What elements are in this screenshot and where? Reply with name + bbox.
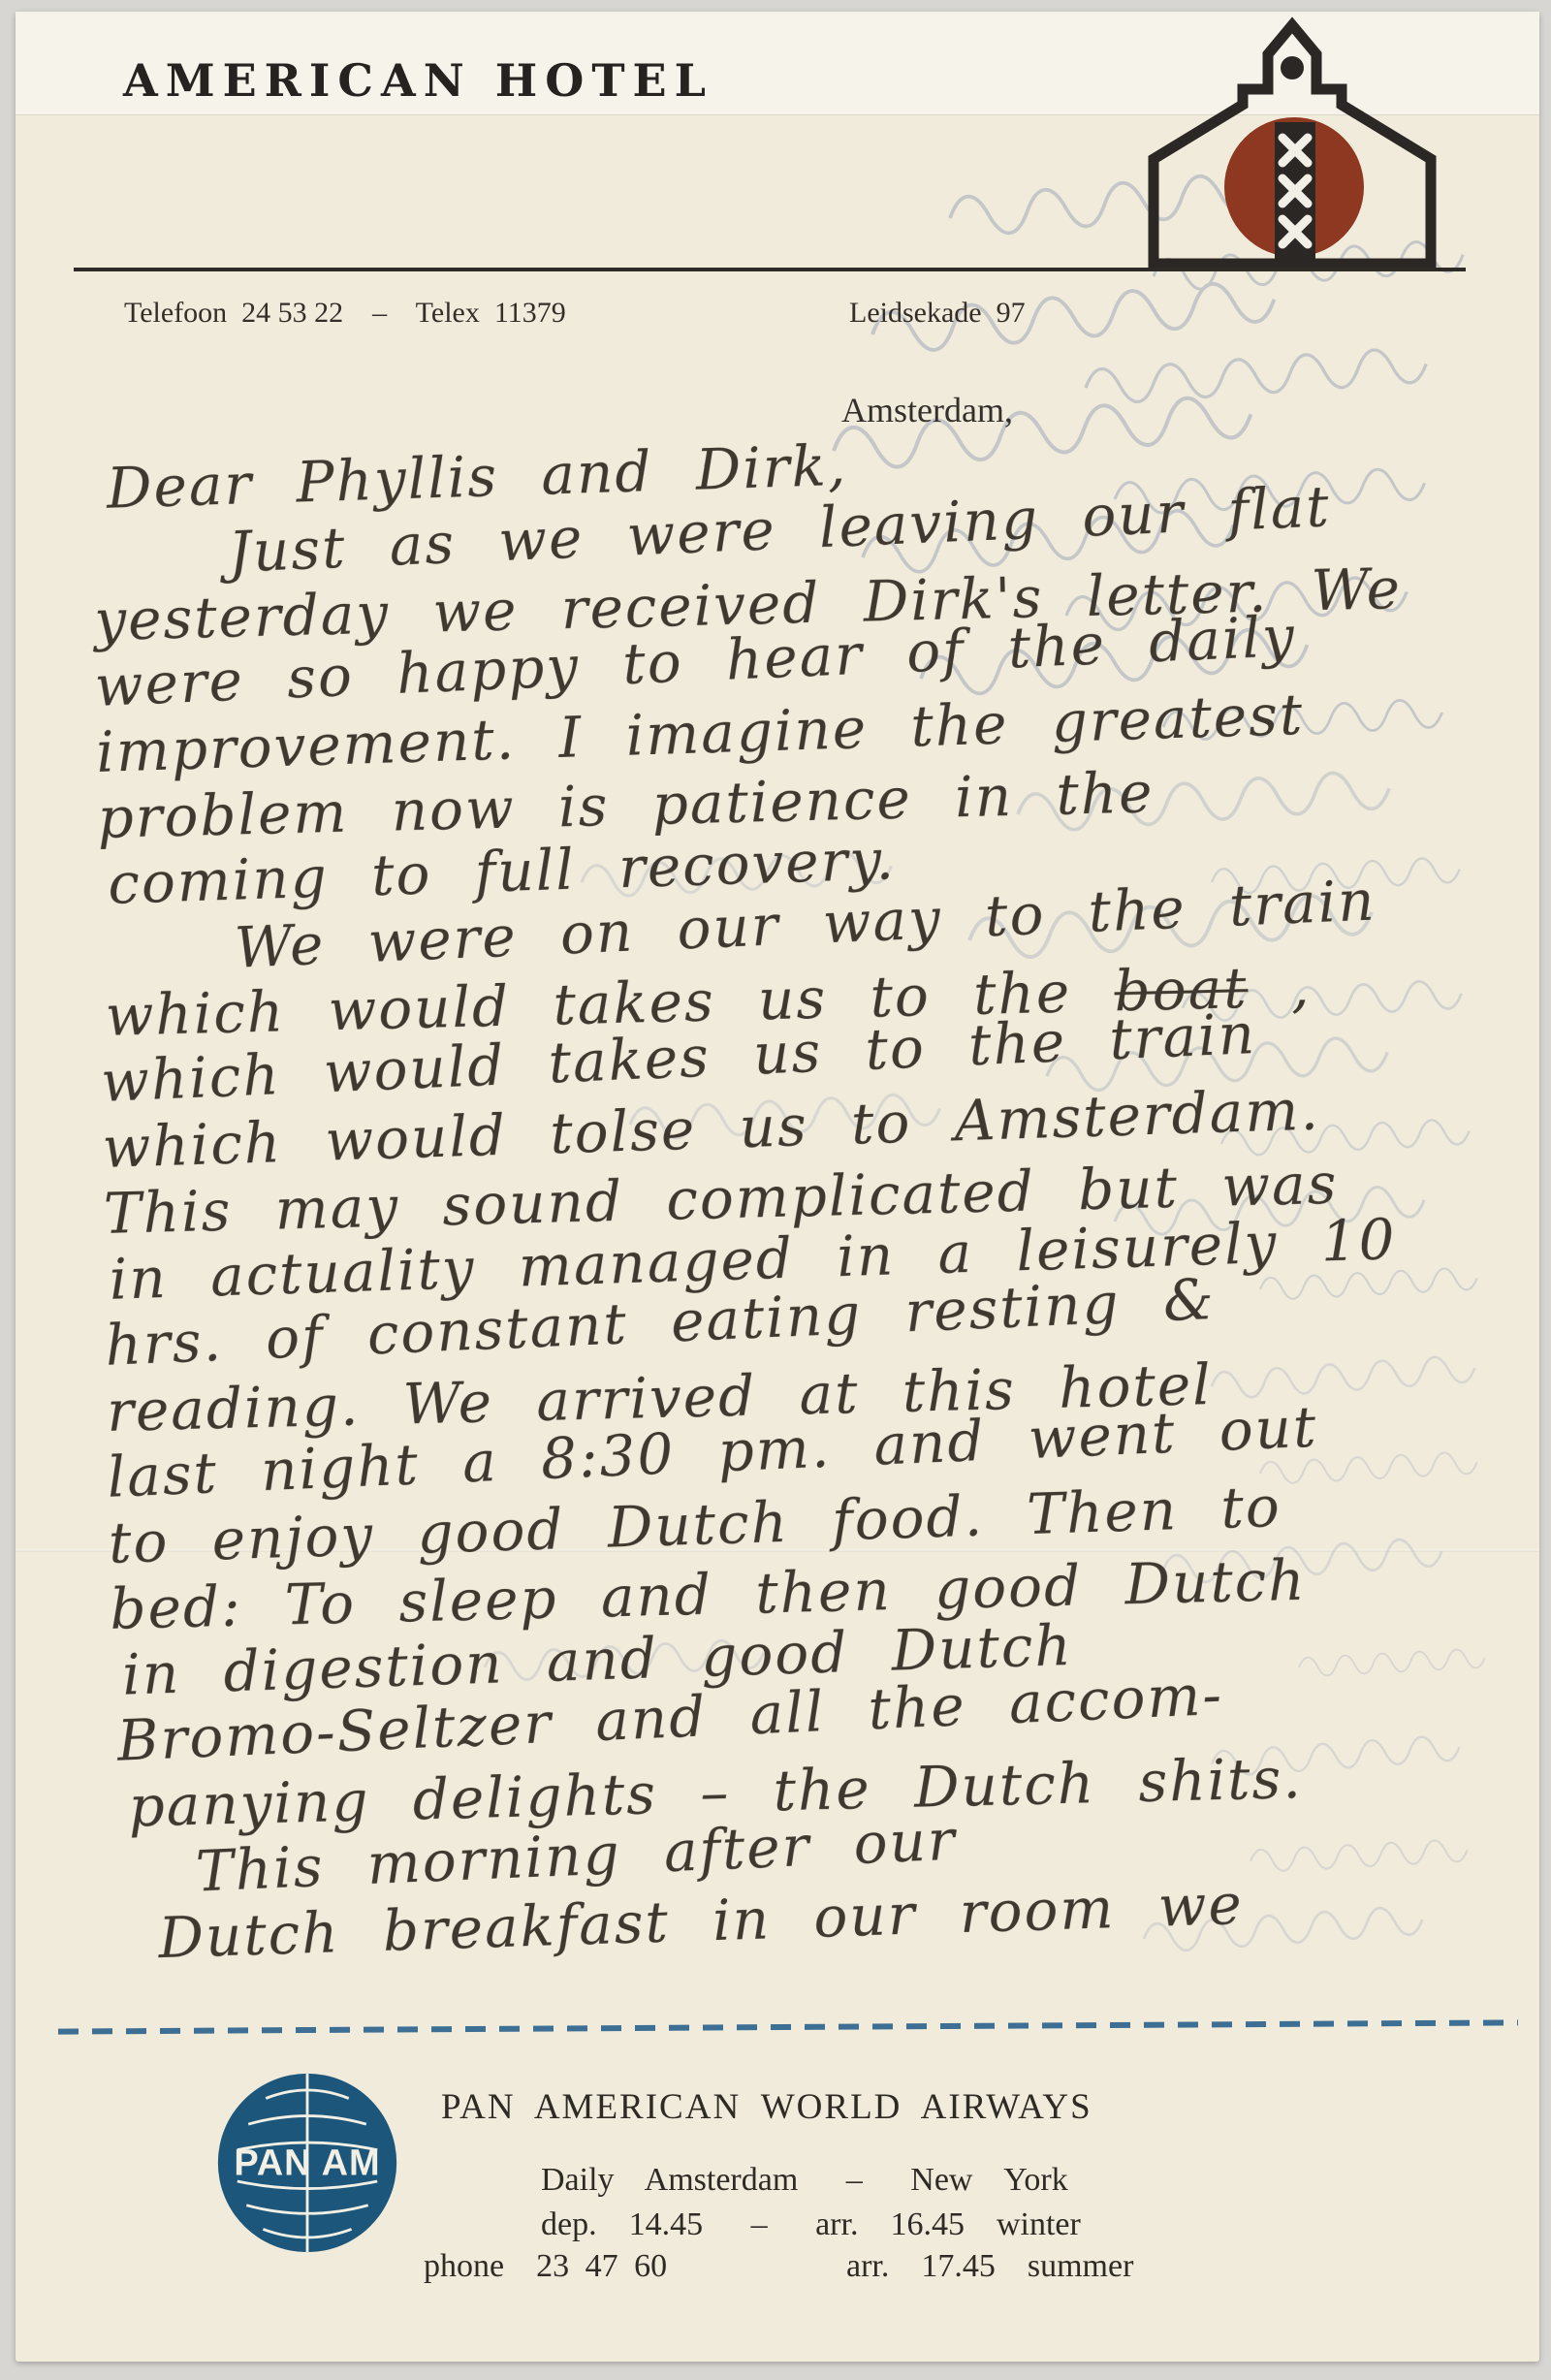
letterhead-divider	[74, 268, 1466, 271]
amsterdam-hotel-crest-icon	[1134, 14, 1450, 275]
footer-summer-arrival: arr. 17.45 summer	[846, 2248, 1133, 2285]
footer-departure-times: dep. 14.45 – arr. 16.45 winter	[541, 2206, 1081, 2243]
footer-airline-name: PAN AMERICAN WORLD AIRWAYS	[441, 2086, 1092, 2128]
address-line: Leidsekade 97	[849, 297, 1026, 330]
scanned-letter-photo: AMERICAN HOTEL Telefoon 24 53 22 – Telex…	[0, 0, 1551, 2380]
panam-logo-text: PAN AM	[234, 2142, 380, 2183]
footer-route: Daily Amsterdam – New York	[541, 2162, 1068, 2199]
date-line: Amsterdam,	[841, 390, 1013, 430]
handwritten-letter-body: Dear Phyllis and Dirk, Just as we were l…	[92, 434, 1502, 1972]
telefoon-telex-line: Telefoon 24 53 22 – Telex 11379	[124, 297, 566, 330]
footer-phone: phone 23 47 60	[424, 2248, 667, 2285]
panam-globe-icon: PAN AM	[215, 2071, 399, 2255]
hotel-name: AMERICAN HOTEL	[123, 54, 713, 107]
